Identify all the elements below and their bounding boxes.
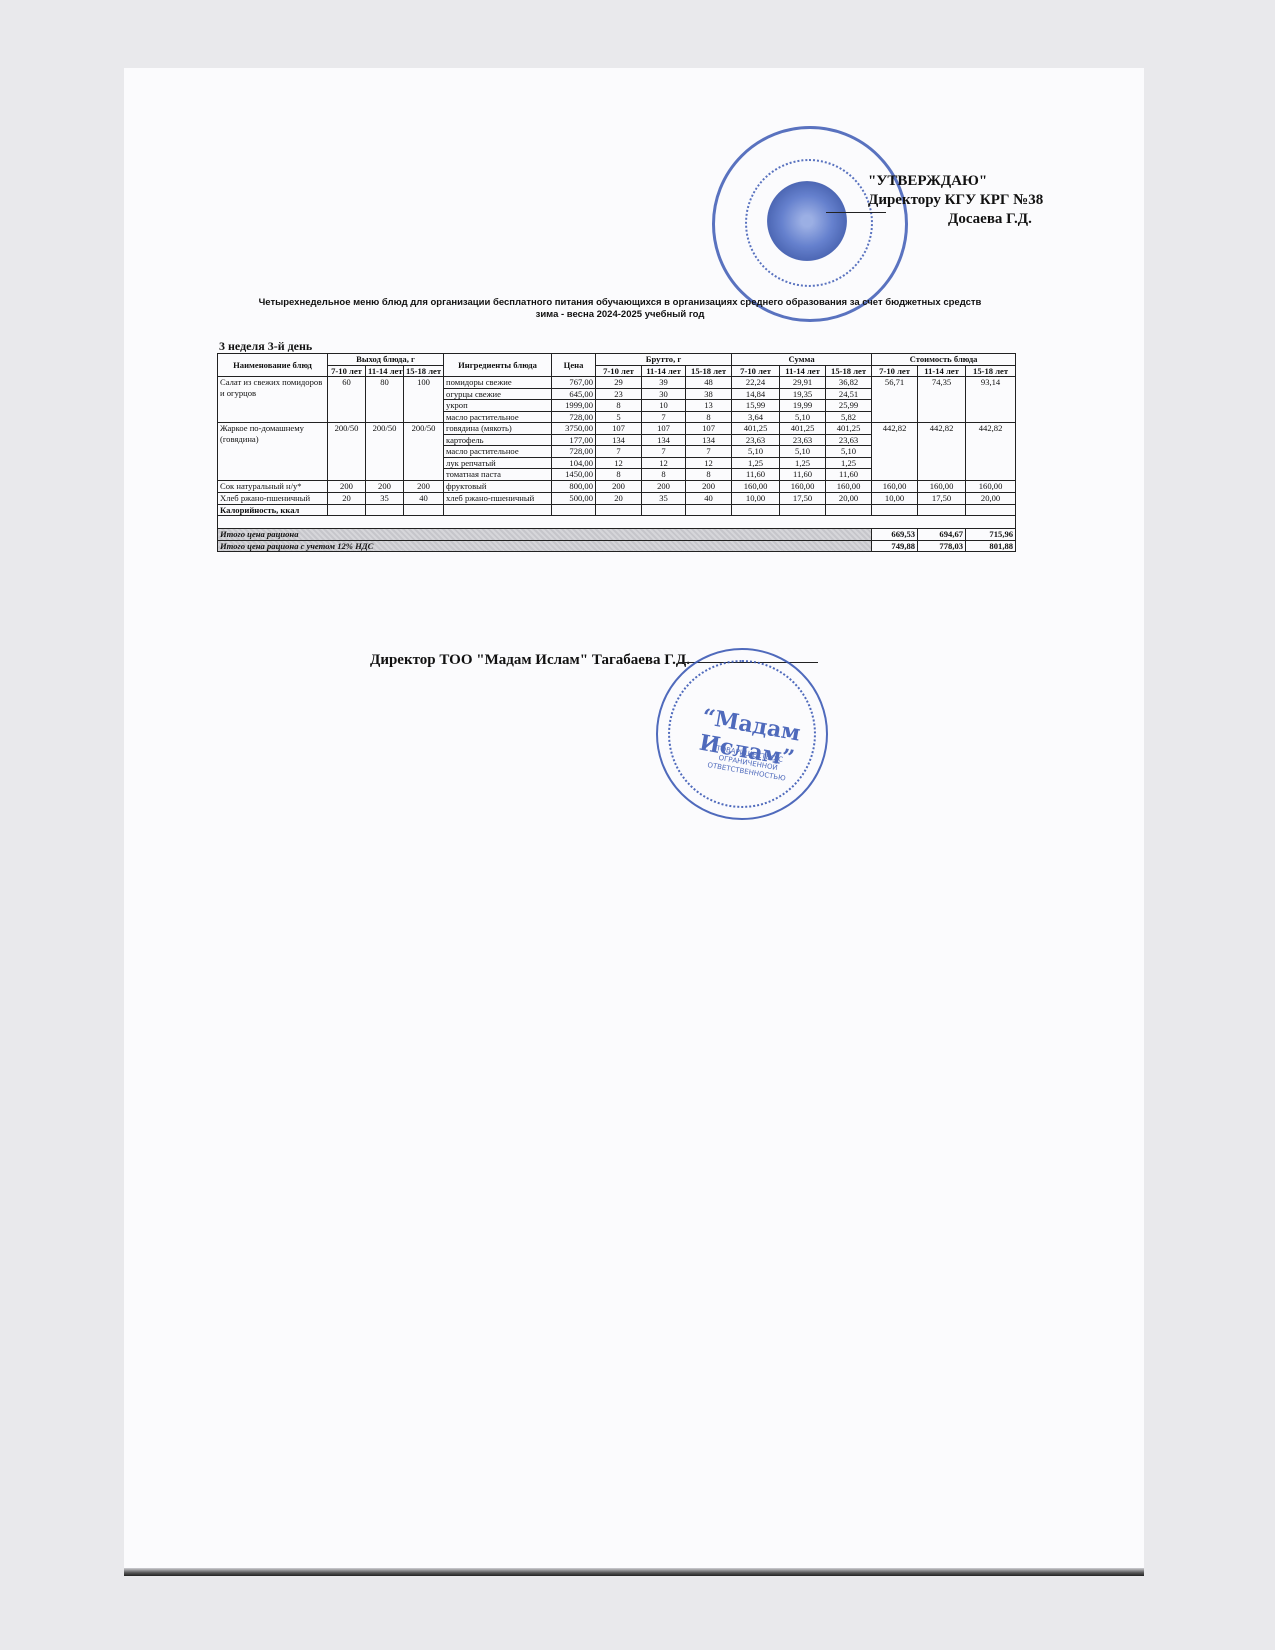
ingredient-sum: 1,25 <box>780 457 826 469</box>
ingredient-sum: 5,10 <box>780 411 826 423</box>
document-page <box>124 68 1144 1568</box>
ingredient-sum: 36,82 <box>826 377 872 389</box>
dish-name: Сок натуральный н/у* <box>218 480 328 492</box>
ingredient-gross: 134 <box>686 434 732 446</box>
header-age: 7-10 лет <box>596 365 642 377</box>
calories-cell <box>366 504 404 516</box>
dish-cost: 160,00 <box>918 480 966 492</box>
ingredient-sum: 19,35 <box>780 388 826 400</box>
ingredient-gross: 23 <box>596 388 642 400</box>
dish-cost: 17,50 <box>918 492 966 504</box>
calories-row: Калорийность, ккал <box>218 504 1016 516</box>
ingredient-sum: 401,25 <box>732 423 780 435</box>
spacer-cell <box>218 516 1016 529</box>
ingredient-gross: 13 <box>686 400 732 412</box>
ingredient-gross: 29 <box>596 377 642 389</box>
ingredient-gross: 12 <box>686 457 732 469</box>
ingredient-name: помидоры свежие <box>444 377 552 389</box>
document-subtitle: зима - весна 2024-2025 учебный год <box>230 309 1010 320</box>
dish-cost: 442,82 <box>872 423 918 481</box>
calories-cell <box>780 504 826 516</box>
calories-cell <box>642 504 686 516</box>
approval-heading: "УТВЕРЖДАЮ" <box>868 172 1043 191</box>
ingredient-gross: 7 <box>686 446 732 458</box>
ingredient-sum: 23,63 <box>826 434 872 446</box>
ingredient-name: говядина (мякоть) <box>444 423 552 435</box>
table-row: Салат из свежих помидоров и огурцов60801… <box>218 377 1016 389</box>
ingredient-gross: 107 <box>686 423 732 435</box>
ingredient-gross: 7 <box>642 446 686 458</box>
ingredient-sum: 5,10 <box>780 446 826 458</box>
header-age: 11-14 лет <box>918 365 966 377</box>
ingredient-sum: 160,00 <box>732 480 780 492</box>
dish-cost: 442,82 <box>966 423 1016 481</box>
ingredient-sum: 23,63 <box>732 434 780 446</box>
ingredient-name: фруктовый <box>444 480 552 492</box>
ingredient-sum: 11,60 <box>780 469 826 481</box>
emblem-icon <box>767 181 847 261</box>
dish-cost: 56,71 <box>872 377 918 423</box>
table-row: Жаркое по-домашнему (говядина)200/50200/… <box>218 423 1016 435</box>
ingredient-price: 500,00 <box>552 492 596 504</box>
header-age: 15-18 лет <box>966 365 1016 377</box>
ingredient-price: 1999,00 <box>552 400 596 412</box>
calories-cell <box>966 504 1016 516</box>
ingredient-gross: 5 <box>596 411 642 423</box>
ingredient-gross: 8 <box>596 469 642 481</box>
ingredient-gross: 10 <box>642 400 686 412</box>
header-age: 15-18 лет <box>826 365 872 377</box>
ingredient-gross: 134 <box>642 434 686 446</box>
table-row: Сок натуральный н/у*200200200фруктовый80… <box>218 480 1016 492</box>
ingredient-gross: 12 <box>596 457 642 469</box>
company-stamp: “Мадам Ислам” ТОВАРИЩЕСТВО С ОГРАНИЧЕННО… <box>656 648 828 820</box>
calories-cell <box>328 504 366 516</box>
ingredient-price: 645,00 <box>552 388 596 400</box>
dish-cost: 160,00 <box>872 480 918 492</box>
ingredient-gross: 200 <box>596 480 642 492</box>
ingredient-sum: 20,00 <box>826 492 872 504</box>
header-row: Наименование блюдВыход блюда, гИнгредиен… <box>218 354 1016 366</box>
ingredient-name: картофель <box>444 434 552 446</box>
dish-name: Жаркое по-домашнему (говядина) <box>218 423 328 481</box>
ingredient-price: 3750,00 <box>552 423 596 435</box>
ingredient-price: 767,00 <box>552 377 596 389</box>
ingredient-gross: 134 <box>596 434 642 446</box>
ingredient-sum: 29,91 <box>780 377 826 389</box>
ingredient-gross: 7 <box>596 446 642 458</box>
header-age: 15-18 лет <box>404 365 444 377</box>
header-ingredients: Ингредиенты блюда <box>444 354 552 377</box>
ingredient-gross: 48 <box>686 377 732 389</box>
ingredient-price: 728,00 <box>552 411 596 423</box>
ingredient-sum: 11,60 <box>826 469 872 481</box>
spacer-row <box>218 516 1016 529</box>
total-value: 801,88 <box>966 540 1016 552</box>
ingredient-gross: 40 <box>686 492 732 504</box>
ingredient-gross: 35 <box>642 492 686 504</box>
ingredient-price: 104,00 <box>552 457 596 469</box>
total-value: 694,67 <box>918 529 966 541</box>
dish-cost: 74,35 <box>918 377 966 423</box>
ingredient-sum: 25,99 <box>826 400 872 412</box>
ingredient-gross: 107 <box>596 423 642 435</box>
table-row: Хлеб ржано-пшеничный203540хлеб ржано-пше… <box>218 492 1016 504</box>
calories-cell <box>686 504 732 516</box>
ingredient-gross: 38 <box>686 388 732 400</box>
ingredient-sum: 22,24 <box>732 377 780 389</box>
dish-yield: 200 <box>404 480 444 492</box>
calories-label: Калорийность, ккал <box>218 504 328 516</box>
header-age: 11-14 лет <box>366 365 404 377</box>
ingredient-sum: 24,51 <box>826 388 872 400</box>
dish-yield: 200 <box>366 480 404 492</box>
ingredient-gross: 200 <box>686 480 732 492</box>
menu-table: Наименование блюдВыход блюда, гИнгредиен… <box>217 353 1016 552</box>
total-vat-row: Итого цена рациона с учетом 12% НДС749,8… <box>218 540 1016 552</box>
header-dish: Наименование блюд <box>218 354 328 377</box>
calories-cell <box>918 504 966 516</box>
dish-yield: 100 <box>404 377 444 423</box>
dish-cost: 442,82 <box>918 423 966 481</box>
dish-cost: 10,00 <box>872 492 918 504</box>
total-value: 749,88 <box>872 540 918 552</box>
dish-name: Хлеб ржано-пшеничный <box>218 492 328 504</box>
document-title: Четырехнедельное меню блюд для организац… <box>230 296 1010 309</box>
dish-yield: 200/50 <box>328 423 366 481</box>
calories-cell <box>552 504 596 516</box>
ingredient-sum: 17,50 <box>780 492 826 504</box>
total-row: Итого цена рациона669,53694,67715,96 <box>218 529 1016 541</box>
ingredient-price: 1450,00 <box>552 469 596 481</box>
ingredient-gross: 7 <box>642 411 686 423</box>
ingredient-sum: 3,64 <box>732 411 780 423</box>
ingredient-gross: 8 <box>686 411 732 423</box>
ingredient-sum: 160,00 <box>826 480 872 492</box>
ingredient-sum: 23,63 <box>780 434 826 446</box>
ingredient-gross: 39 <box>642 377 686 389</box>
ingredient-gross: 20 <box>596 492 642 504</box>
ingredient-sum: 5,82 <box>826 411 872 423</box>
calories-cell <box>826 504 872 516</box>
day-label: 3 неделя 3-й день <box>219 339 312 354</box>
ingredient-sum: 160,00 <box>780 480 826 492</box>
ingredient-name: томатная паста <box>444 469 552 481</box>
header-cost: Стоимость блюда <box>872 354 1016 366</box>
total-label: Итого цена рациона с учетом 12% НДС <box>218 540 872 552</box>
calories-cell <box>444 504 552 516</box>
dish-yield: 200/50 <box>366 423 404 481</box>
header-age: 11-14 лет <box>642 365 686 377</box>
ingredient-name: хлеб ржано-пшеничный <box>444 492 552 504</box>
dish-yield: 200 <box>328 480 366 492</box>
ingredient-gross: 8 <box>642 469 686 481</box>
approval-block: "УТВЕРЖДАЮ" Директору КГУ КРГ №38 Досаев… <box>868 172 1043 229</box>
approval-position: Директору КГУ КРГ №38 <box>868 191 1043 210</box>
ingredient-sum: 5,10 <box>826 446 872 458</box>
dish-cost: 160,00 <box>966 480 1016 492</box>
ingredient-gross: 200 <box>642 480 686 492</box>
dish-cost: 93,14 <box>966 377 1016 423</box>
dish-yield: 40 <box>404 492 444 504</box>
ingredient-sum: 10,00 <box>732 492 780 504</box>
header-sum: Сумма <box>732 354 872 366</box>
ingredient-sum: 1,25 <box>732 457 780 469</box>
ingredient-sum: 14,84 <box>732 388 780 400</box>
dish-yield: 200/50 <box>404 423 444 481</box>
ingredient-sum: 401,25 <box>780 423 826 435</box>
ingredient-gross: 107 <box>642 423 686 435</box>
header-age: 7-10 лет <box>328 365 366 377</box>
ingredient-gross: 12 <box>642 457 686 469</box>
page-edge <box>124 1568 1144 1576</box>
calories-cell <box>596 504 642 516</box>
total-value: 669,53 <box>872 529 918 541</box>
dish-yield: 35 <box>366 492 404 504</box>
ingredient-name: огурцы свежие <box>444 388 552 400</box>
approval-signature-line <box>826 212 886 213</box>
calories-cell <box>732 504 780 516</box>
approval-name: Досаева Г.Д. <box>868 210 1043 229</box>
header-age: 11-14 лет <box>780 365 826 377</box>
ingredient-price: 728,00 <box>552 446 596 458</box>
supplier-director: Директор ТОО "Мадам Ислам" Тагабаева Г.Д… <box>370 652 690 669</box>
dish-name: Салат из свежих помидоров и огурцов <box>218 377 328 423</box>
header-yield: Выход блюда, г <box>328 354 444 366</box>
total-value: 778,03 <box>918 540 966 552</box>
ingredient-sum: 1,25 <box>826 457 872 469</box>
ingredient-sum: 11,60 <box>732 469 780 481</box>
header-price: Цена <box>552 354 596 377</box>
total-value: 715,96 <box>966 529 1016 541</box>
ingredient-sum: 401,25 <box>826 423 872 435</box>
ingredient-name: укроп <box>444 400 552 412</box>
ingredient-sum: 5,10 <box>732 446 780 458</box>
ingredient-gross: 8 <box>596 400 642 412</box>
dish-yield: 60 <box>328 377 366 423</box>
ingredient-gross: 8 <box>686 469 732 481</box>
ingredient-name: лук репчатый <box>444 457 552 469</box>
ingredient-price: 177,00 <box>552 434 596 446</box>
calories-cell <box>404 504 444 516</box>
ingredient-sum: 15,99 <box>732 400 780 412</box>
header-age: 7-10 лет <box>872 365 918 377</box>
header-age: 15-18 лет <box>686 365 732 377</box>
ingredient-gross: 30 <box>642 388 686 400</box>
ingredient-name: масло растительное <box>444 446 552 458</box>
dish-yield: 20 <box>328 492 366 504</box>
dish-cost: 20,00 <box>966 492 1016 504</box>
calories-cell <box>872 504 918 516</box>
total-label: Итого цена рациона <box>218 529 872 541</box>
dish-yield: 80 <box>366 377 404 423</box>
header-row: 7-10 лет11-14 лет15-18 лет7-10 лет11-14 … <box>218 365 1016 377</box>
header-age: 7-10 лет <box>732 365 780 377</box>
ingredient-sum: 19,99 <box>780 400 826 412</box>
header-gross: Брутто, г <box>596 354 732 366</box>
ingredient-name: масло растительное <box>444 411 552 423</box>
ingredient-price: 800,00 <box>552 480 596 492</box>
